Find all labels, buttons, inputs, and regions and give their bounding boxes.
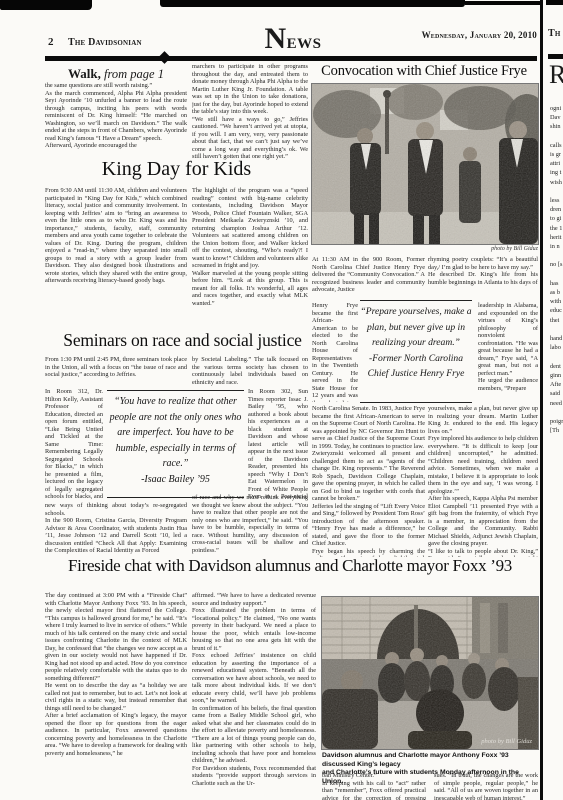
seminars-pull-quote-attribution: -Isaac Bailey ’95 (107, 472, 244, 488)
fireside-headline: Fireside chat with Davidson alumnus and … (40, 556, 540, 576)
convocation-col1-bottom: North Carolina Senate. In 1983, Justice … (312, 405, 425, 557)
fireside-column-1: The day continued at 3:00 PM with a “Fir… (45, 592, 187, 798)
convocation-photo-credit: photo by Bill Giduz (420, 246, 538, 252)
rule-diamond-ornament (158, 51, 171, 64)
scan-artifact (160, 0, 465, 7)
king-day-column-2: The highlight of the program was a “spee… (192, 187, 308, 328)
adjacent-page-rule (548, 54, 563, 59)
fireside-photo-credit: photo by Bill Giduz (480, 738, 532, 745)
fireside-bottom-right: sues. “In truth, the changes are the wor… (434, 772, 538, 800)
walk-from-page: from page 1 (101, 67, 164, 81)
convocation-col2-narrow: leadership in Alabama, and expounded on … (478, 302, 538, 402)
fireside-column-2: affirmed. “We have to have a dedicated r… (192, 592, 316, 798)
convocation-headline: Convocation with Chief Justice Frye (310, 63, 538, 80)
convocation-col1-narrow: Henry Frye became the first African-Amer… (312, 302, 358, 402)
issue-date: Wednesday, January 20, 2010 (350, 30, 537, 40)
seminars-col1-narrow: In Room 312, Dr. Hilton Kelly, Assistant… (45, 388, 103, 500)
convocation-photo (312, 84, 538, 244)
adjacent-page-header: Th (548, 28, 561, 39)
page-number: 2 (48, 36, 54, 48)
seminars-pull-quote-text: “You have to realize that other people a… (110, 396, 242, 469)
convocation-pull-quote: “Prepare yourselves, make a plan, but ne… (360, 300, 472, 403)
seminars-col2-top: by Societal Labeling.” The talk focused … (192, 356, 308, 386)
king-day-column-1: From 9:30 AM until 11:30 AM, children an… (45, 187, 187, 328)
seminars-pull-quote: “You have to realize that other people a… (107, 390, 244, 498)
convocation-pull-quote-attribution: -Former North Carolina Chief Justice Hen… (360, 351, 472, 382)
publication-name: The Davidsonian (68, 37, 142, 48)
walk-title: Walk, (68, 66, 101, 81)
convocation-col2-top: rhyming poetry couplets: “It’s a beautif… (428, 256, 538, 300)
seminars-col2-bottom: of race and why we must rethink everythi… (192, 494, 308, 558)
scan-artifact (0, 0, 92, 10)
seminars-col2-narrow: In Room 302, Sun Times reporter Issac J.… (248, 388, 308, 500)
newspaper-page: 2 The Davidsonian News Wednesday, Januar… (0, 0, 563, 800)
adjacent-page-headline-fragment: R (549, 60, 563, 90)
seminars-headline: Seminars on race and social justice (40, 330, 325, 351)
masthead-rule (45, 56, 537, 61)
section-title: News (243, 22, 343, 56)
convocation-pull-quote-text: “Prepare yourselves, make a plan, but ne… (360, 306, 471, 348)
fireside-photo: photo by Bill Giduz (322, 597, 538, 749)
fireside-photo-caption: Davidson alumnus and Charlotte mayor Ant… (322, 752, 538, 770)
walk-headline: Walk, from page 1 (45, 65, 187, 83)
adjacent-page-text-fragments: ogni Dav shin calls is gr attri ing t wi… (550, 104, 563, 794)
king-day-headline: King Day for Kids (45, 158, 308, 181)
scan-artifact (465, 1, 540, 5)
convocation-col1-top: At 11:30 AM in the 900 Room, Former Nort… (312, 256, 425, 300)
convocation-col2-bottom: yourselves, make a plan, but never give … (428, 405, 538, 557)
scan-artifact (546, 0, 563, 5)
seminars-col1-top: From 1:30 PM until 2:45 PM, three semina… (45, 356, 187, 386)
page-edge-rule (540, 0, 543, 800)
fireside-bottom-left: ban Ministry Center.” In keeping with hi… (322, 772, 426, 800)
seminars-col1-bottom: new ways of thinking about today’s re-se… (45, 502, 187, 560)
